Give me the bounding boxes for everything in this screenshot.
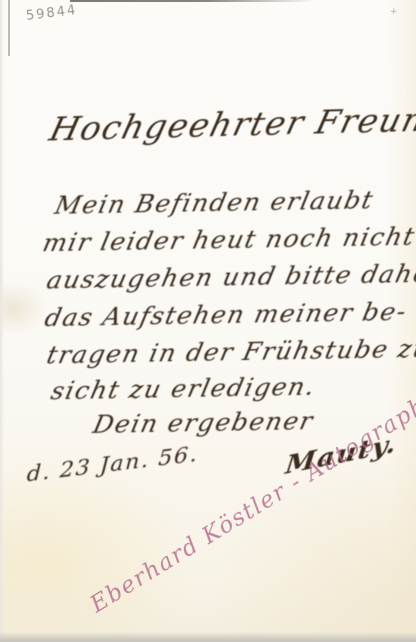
date-line: d. 23 Jan. 56. — [26, 442, 199, 487]
closing-line: Dein ergebener — [90, 406, 316, 439]
paper-bottom-edge — [0, 632, 416, 642]
pencil-inventory-number: 59844 — [25, 3, 78, 24]
salutation-line: Hochgeehrter Freund! — [46, 99, 416, 149]
handwriting-line: Mein Befinden erlaubt — [52, 185, 377, 220]
handwriting-line: mir leider heut noch nicht — [40, 222, 416, 257]
handwriting-line: sicht zu erledigen. — [48, 372, 318, 406]
paper-top-edge — [70, 0, 316, 2]
handwriting-line: tragen in der Frühstube zu- — [44, 334, 416, 370]
letter-photo: 59844 + Hochgeehrter Freund! Mein Befind… — [0, 0, 416, 642]
photo-left-edge — [0, 0, 4, 642]
handwriting-line: das Aufstehen meiner be- — [42, 297, 410, 332]
paper-left-edge — [8, 0, 10, 56]
pencil-corner-mark: + — [390, 7, 398, 17]
handwriting-line: auszugehen und bitte daher — [44, 259, 416, 295]
